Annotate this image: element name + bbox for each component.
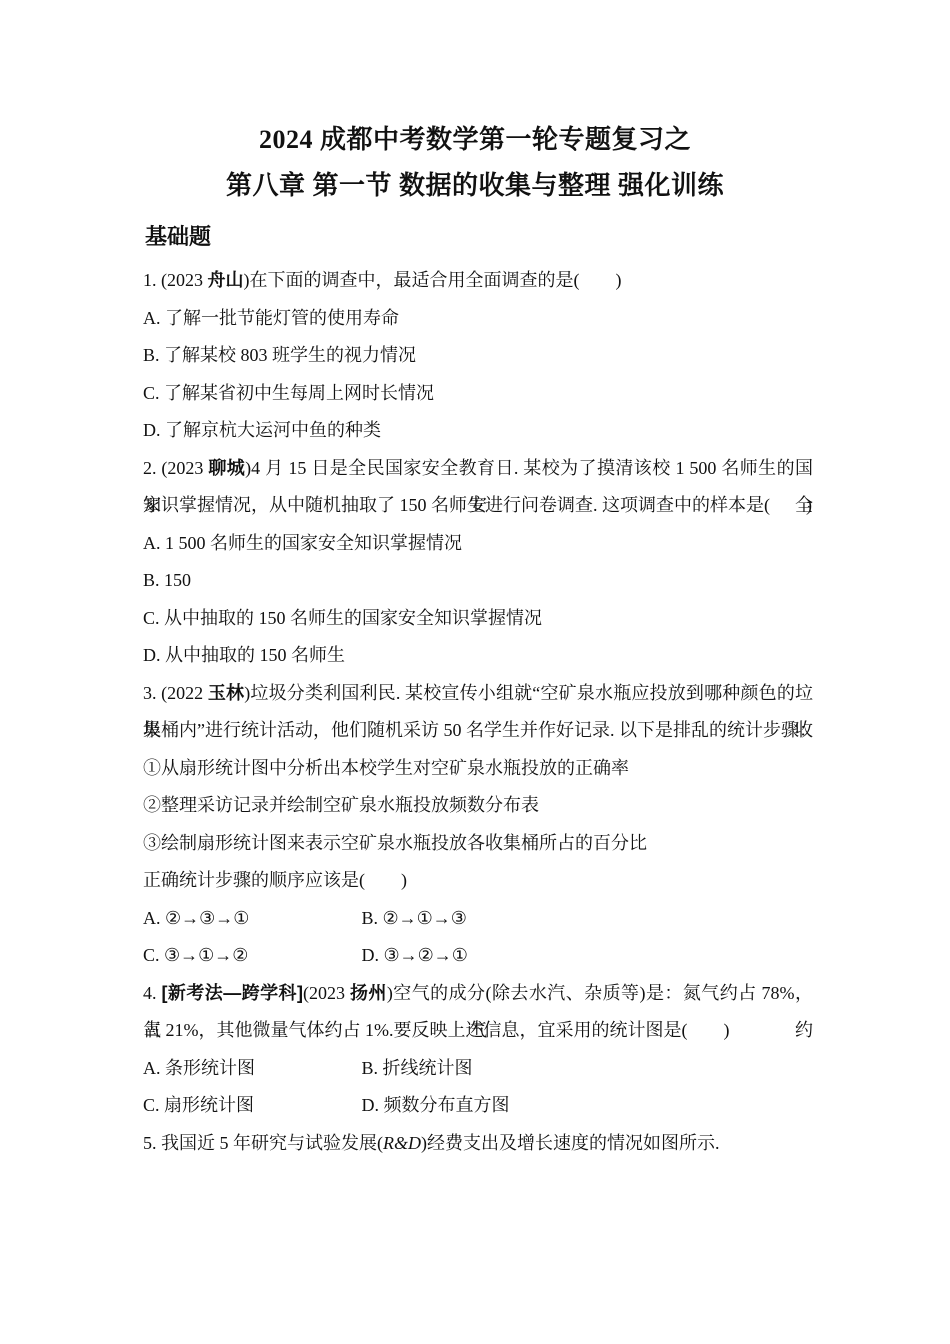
q3-step-1: ①从扇形统计图中分析出本校学生对空矿泉水瓶投放的正确率 bbox=[143, 750, 813, 788]
q3-stem-line2: 集桶内”进行统计活动，他们随机采访 50 名学生并作好记录. 以下是排乱的统计步… bbox=[143, 712, 813, 750]
section-heading: 基础题 bbox=[145, 222, 211, 252]
q3-option-c: C. ③→①→② bbox=[143, 937, 357, 975]
q4-stem-line1: 4. [新考法—跨学科](2023 扬州)空气的成分(除去水汽、杂质等)是：氮气… bbox=[143, 975, 813, 1013]
q2-stem-line1: 2. (2023 聊城)4 月 15 日是全民国家安全教育日. 某校为了摸清该校… bbox=[143, 450, 813, 488]
q4-option-d: D. 频数分布直方图 bbox=[362, 1095, 510, 1115]
q4-options-row-2: C. 扇形统计图 D. 频数分布直方图 bbox=[143, 1087, 813, 1125]
document-subtitle: 第八章 第一节 数据的收集与整理 强化训练 bbox=[0, 169, 950, 203]
q3-option-a: A. ②→③→① bbox=[143, 900, 357, 938]
q2-option-c: C. 从中抽取的 150 名师生的国家安全知识掌握情况 bbox=[143, 600, 813, 638]
worksheet-page: 2024 成都中考数学第一轮专题复习之 第八章 第一节 数据的收集与整理 强化训… bbox=[0, 0, 950, 1344]
q3-option-d: D. ③→②→① bbox=[362, 945, 468, 965]
q5-stem: 5. 我国近 5 年研究与试验发展(R&D)经费支出及增长速度的情况如图所示. bbox=[143, 1125, 813, 1163]
q3-prompt: 正确统计步骤的顺序应该是( ) bbox=[143, 862, 813, 900]
q4-stem-line2: 占 21%，其他微量气体约占 1%.要反映上述信息，宜采用的统计图是( ) bbox=[143, 1012, 813, 1050]
q4-option-c: C. 扇形统计图 bbox=[143, 1087, 357, 1125]
q3-step-2: ②整理采访记录并绘制空矿泉水瓶投放频数分布表 bbox=[143, 787, 813, 825]
q2-option-b: B. 150 bbox=[143, 562, 813, 600]
q1-option-a: A. 了解一批节能灯管的使用寿命 bbox=[143, 300, 813, 338]
q3-options-row-2: C. ③→①→② D. ③→②→① bbox=[143, 937, 813, 975]
q3-option-b: B. ②→①→③ bbox=[362, 908, 467, 928]
q1-option-c: C. 了解某省初中生每周上网时长情况 bbox=[143, 375, 813, 413]
q2-option-a: A. 1 500 名师生的国家安全知识掌握情况 bbox=[143, 525, 813, 563]
q2-option-d: D. 从中抽取的 150 名师生 bbox=[143, 637, 813, 675]
q4-options-row-1: A. 条形统计图 B. 折线统计图 bbox=[143, 1050, 813, 1088]
q3-stem-line1: 3. (2022 玉林)垃圾分类利国利民. 某校宣传小组就“空矿泉水瓶应投放到哪… bbox=[143, 675, 813, 713]
q3-step-3: ③绘制扇形统计图来表示空矿泉水瓶投放各收集桶所占的百分比 bbox=[143, 825, 813, 863]
q4-option-b: B. 折线统计图 bbox=[362, 1058, 473, 1078]
q2-stem-line2: 知识掌握情况，从中随机抽取了 150 名师生进行问卷调查. 这项调查中的样本是(… bbox=[143, 487, 813, 525]
q1-option-d: D. 了解京杭大运河中鱼的种类 bbox=[143, 412, 813, 450]
q1-option-b: B. 了解某校 803 班学生的视力情况 bbox=[143, 337, 813, 375]
q1-stem: 1. (2023 舟山)在下面的调查中，最适合用全面调查的是( ) bbox=[143, 262, 813, 300]
document-title: 2024 成都中考数学第一轮专题复习之 bbox=[0, 123, 950, 157]
questions-body: 1. (2023 舟山)在下面的调查中，最适合用全面调查的是( ) A. 了解一… bbox=[143, 262, 813, 1162]
q3-options-row-1: A. ②→③→① B. ②→①→③ bbox=[143, 900, 813, 938]
q4-option-a: A. 条形统计图 bbox=[143, 1050, 357, 1088]
